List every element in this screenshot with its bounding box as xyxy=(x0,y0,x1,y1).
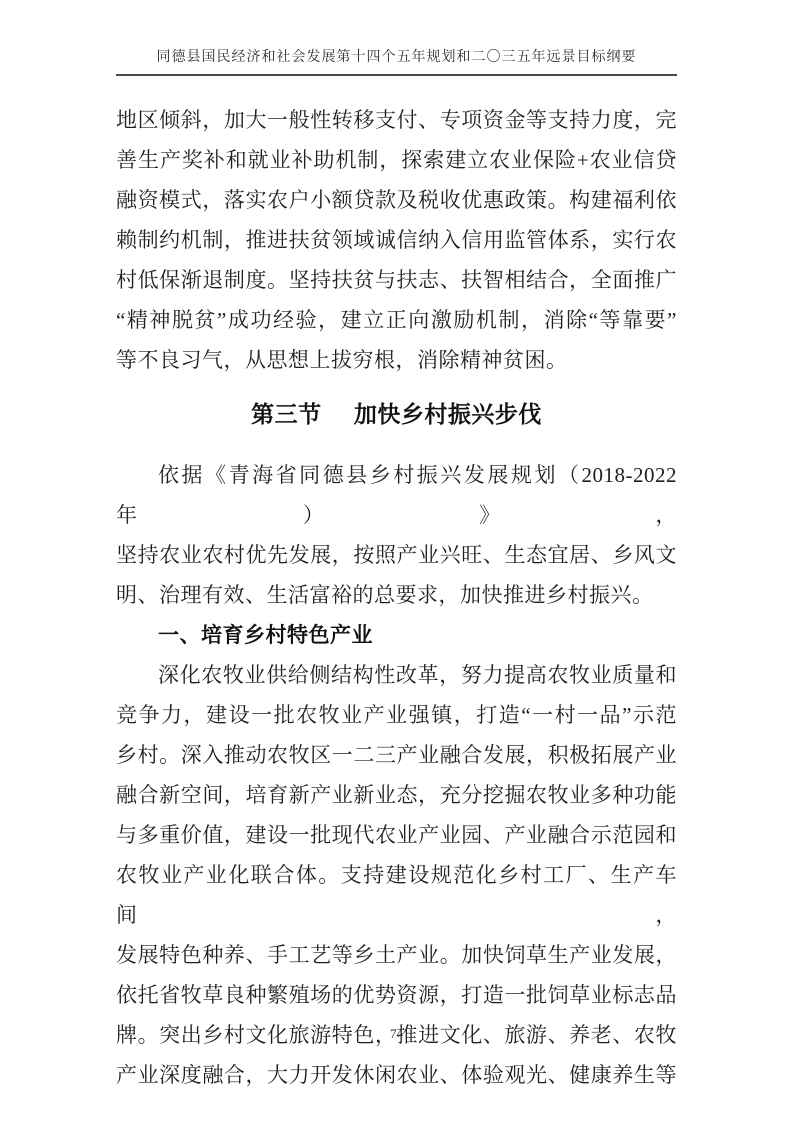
text-line: 依托省牧草良种繁殖场的优势资源，打造一批饲草业标志品 xyxy=(116,975,677,1015)
text-line: “精神脱贫”成功经验，建立正向激励机制，消除“等靠要” xyxy=(116,300,677,340)
text-line: 竞争力，建设一批农牧业产业强镇，打造“一村一品”示范 xyxy=(116,695,677,735)
document-page: 同德县国民经济和社会发展第十四个五年规划和二〇三五年远景目标纲要 地区倾斜，加大… xyxy=(0,0,793,1122)
text-line: 发展特色种养、手工艺等乡土产业。加快饲草生产业发展， xyxy=(116,935,677,975)
text-line: 深化农牧业供给侧结构性改革，努力提高农牧业质量和 xyxy=(116,655,677,695)
text-line: 融资模式，落实农户小额贷款及税收优惠政策。构建福利依 xyxy=(116,180,677,220)
running-header-title: 同德县国民经济和社会发展第十四个五年规划和二〇三五年远景目标纲要 xyxy=(157,50,637,65)
text-line: 农牧业产业化联合体。支持建设规范化乡村工厂、生产车间， xyxy=(116,855,677,935)
section-heading: 第三节加快乡村振兴步伐 xyxy=(116,395,677,435)
text-line: 产业深度融合，大力开发休闲农业、体验观光、健康养生等 xyxy=(116,1055,677,1095)
text-line: 乡村。深入推动农牧区一二三产业融合发展，积极拓展产业 xyxy=(116,735,677,775)
paragraph-rural-revitalization-intro: 依据《青海省同德县乡村振兴发展规划（2018-2022 年）》， 坚持农业农村优… xyxy=(116,455,677,615)
running-header: 同德县国民经济和社会发展第十四个五年规划和二〇三五年远景目标纲要 xyxy=(116,46,677,76)
section-heading-title: 加快乡村振兴步伐 xyxy=(354,402,542,427)
page-footer: 74 xyxy=(0,1026,793,1042)
text-line: 融合新空间，培育新产业新业态，充分挖掘农牧业多种功能 xyxy=(116,775,677,815)
page-number: 74 xyxy=(390,1026,403,1041)
text-line: 与多重价值，建设一批现代农业产业园、产业融合示范园和 xyxy=(116,815,677,855)
text-line: 坚持农业农村优先发展，按照产业兴旺、生态宜居、乡风文 xyxy=(116,535,677,575)
text-line: 等不良习气，从思想上拔穷根，消除精神贫困。 xyxy=(116,340,677,380)
text-line: 明、治理有效、生活富裕的总要求，加快推进乡村振兴。 xyxy=(116,575,677,615)
section-heading-number: 第三节 xyxy=(251,402,322,427)
subsection-heading-label: 一、培育乡村特色产业 xyxy=(158,623,373,647)
text-line: 地区倾斜，加大一般性转移支付、专项资金等支持力度，完 xyxy=(116,100,677,140)
document-body: 地区倾斜，加大一般性转移支付、专项资金等支持力度，完 善生产奖补和就业补助机制，… xyxy=(116,100,677,1095)
text-line: 村低保渐退制度。坚持扶贫与扶志、扶智相结合，全面推广 xyxy=(116,260,677,300)
text-line: 依据《青海省同德县乡村振兴发展规划（2018-2022 年）》， xyxy=(116,455,677,535)
paragraph-poverty-alleviation: 地区倾斜，加大一般性转移支付、专项资金等支持力度，完 善生产奖补和就业补助机制，… xyxy=(116,100,677,380)
text-line: 赖制约机制，推进扶贫领域诚信纳入信用监管体系，实行农 xyxy=(116,220,677,260)
subsection-heading: 一、培育乡村特色产业 xyxy=(116,615,677,655)
text-line: 善生产奖补和就业补助机制，探索建立农业保险+农业信贷 xyxy=(116,140,677,180)
